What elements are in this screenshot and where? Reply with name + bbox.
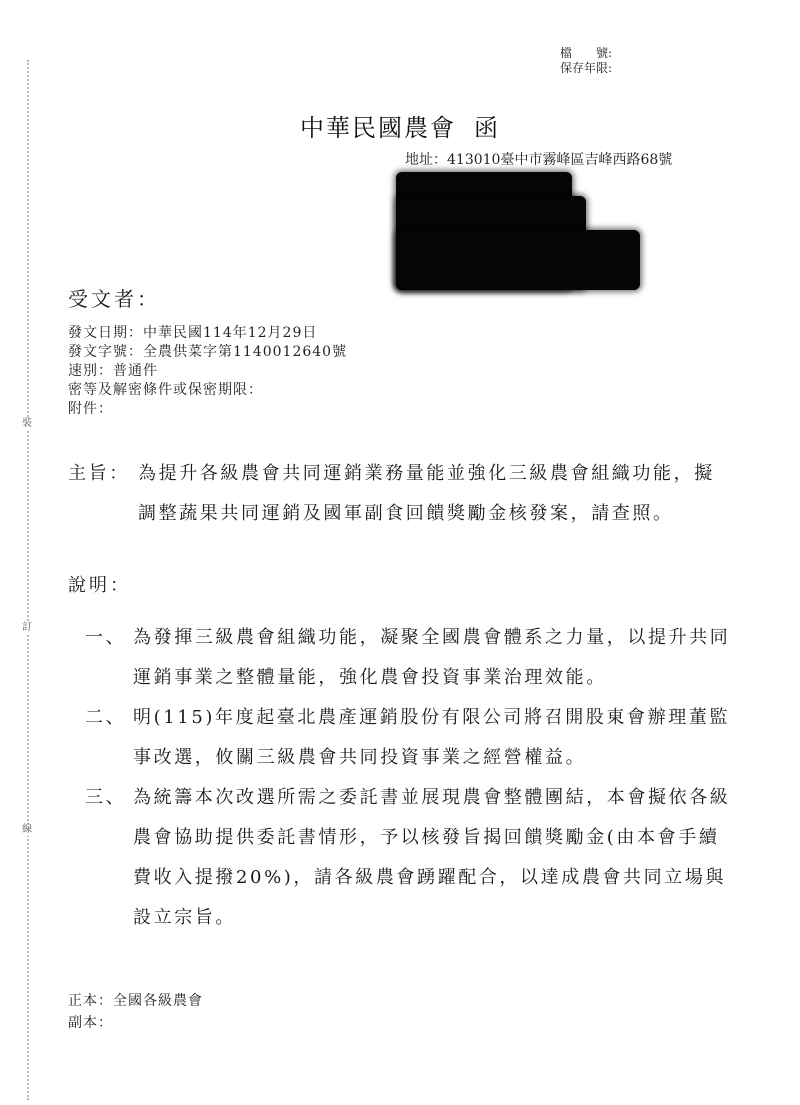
explanation-item: 一、 為發揮三級農會組織功能，凝聚全國農會體系之力量，以提升共同運銷事業之整體量… [85, 618, 733, 698]
item-number: 三、 [85, 778, 126, 818]
subject-label: 主旨： [68, 454, 130, 494]
margin-label-bind: 裝 [22, 418, 32, 430]
explanation-label: 說明： [68, 571, 131, 597]
document-meta: 發文日期：中華民國114年12月29日 發文字號：全農供菜字第114001264… [68, 324, 347, 419]
item-number: 一、 [85, 618, 126, 658]
subject-section: 主旨： 為提升各級農會共同運銷業務量能並強化三級農會組織功能，擬調整蔬果共同運銷… [68, 454, 728, 534]
explanation-item: 二、 明(115)年度起臺北農產運銷股份有限公司將召開股東會辦理董監事改選，攸關… [85, 698, 733, 778]
item-text: 明(115)年度起臺北農產運銷股份有限公司將召開股東會辦理董監事改選，攸關三級農… [133, 698, 733, 778]
document-number: 發文字號：全農供菜字第1140012640號 [68, 343, 347, 362]
recipient-label: 受文者： [68, 283, 160, 312]
organization-name: 中華民國農會 [300, 114, 456, 142]
item-text: 為發揮三級農會組織功能，凝聚全國農會體系之力量，以提升共同運銷事業之整體量能，強… [133, 618, 733, 698]
attachments: 附件： [68, 400, 347, 419]
margin-label-line: 線 [22, 824, 32, 836]
original-recipients: 正本：全國各級農會 [68, 990, 203, 1012]
distribution: 正本：全國各級農會 副本： [68, 990, 203, 1034]
file-number-label: 檔 號: [560, 46, 612, 61]
subject-text: 為提升各級農會共同運銷業務量能並強化三級農會組織功能，擬調整蔬果共同運銷及國軍副… [138, 454, 728, 534]
explanation-item: 三、 為統籌本次改選所需之委託書並展現農會整體團結，本會擬依各級農會協助提供委託… [85, 778, 733, 938]
document-type: 函 [474, 114, 500, 142]
item-number: 二、 [85, 698, 126, 738]
document-title: 中華民國農會函 [0, 108, 800, 143]
priority: 速別：普通件 [68, 362, 347, 381]
explanation-items: 一、 為發揮三級農會組織功能，凝聚全國農會體系之力量，以提升共同運銷事業之整體量… [85, 618, 733, 938]
address: 地址：413010臺中市霧峰區吉峰西路68號 [405, 149, 672, 169]
item-text: 為統籌本次改選所需之委託書並展現農會整體團結，本會擬依各級農會協助提供委託書情形… [133, 778, 733, 938]
classification: 密等及解密條件或保密期限： [68, 381, 347, 400]
file-meta: 檔 號: 保存年限: [560, 46, 612, 76]
issue-date: 發文日期：中華民國114年12月29日 [68, 324, 347, 343]
binding-margin-line [27, 60, 30, 1100]
retention-label: 保存年限: [560, 61, 612, 76]
margin-label-staple: 訂 [22, 622, 32, 634]
copy-recipients: 副本： [68, 1012, 203, 1034]
